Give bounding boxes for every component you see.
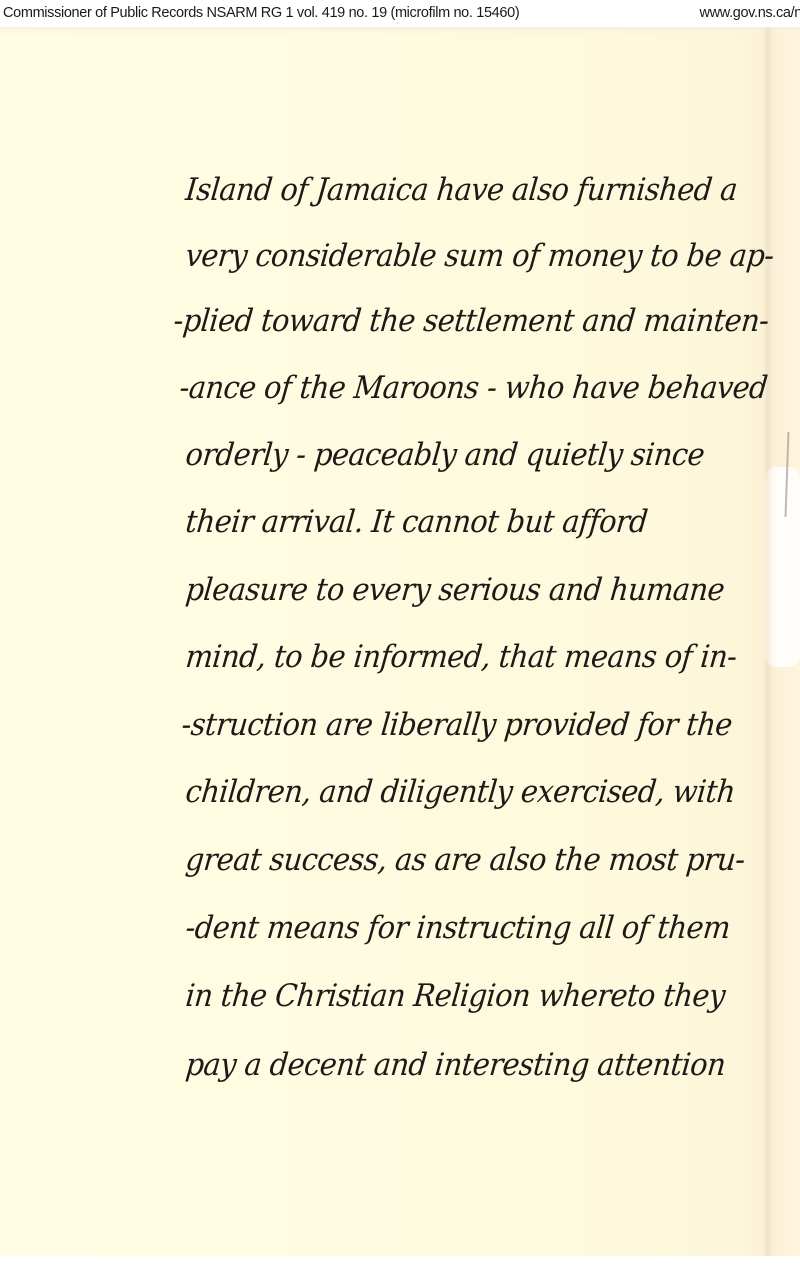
manuscript-line-1: Island of Jamaica have also furnished a [184, 172, 739, 208]
manuscript-line-8: mind, to be informed, that means of in- [184, 639, 738, 675]
manuscript-line-4: -ance of the Maroons - who have behaved [178, 370, 769, 406]
archive-url: www.gov.ns.ca/n [700, 5, 800, 21]
scan-bottom-margin [0, 1256, 800, 1286]
manuscript-line-11: great success, as are also the most pru- [184, 842, 746, 878]
manuscript-line-6: their arrival. It cannot but afford [184, 504, 649, 540]
manuscript-line-7: pleasure to every serious and humane [184, 572, 726, 608]
manuscript-line-2: very considerable sum of money to be ap- [184, 238, 775, 274]
manuscript-line-5: orderly - peaceably and quietly since [184, 437, 706, 473]
manuscript-line-13: in the Christian Religion whereto they [184, 978, 727, 1014]
archive-caption-bar: Commissioner of Public Records NSARM RG … [0, 0, 800, 26]
archive-source-citation: Commissioner of Public Records NSARM RG … [3, 5, 519, 21]
manuscript-line-9: -struction are liberally provided for th… [180, 707, 734, 743]
manuscript-line-14: pay a decent and interesting attention [184, 1047, 727, 1083]
manuscript-line-10: children, and diligently exercised, with [184, 774, 737, 810]
manuscript-line-12: -dent means for instructing all of them [184, 910, 732, 946]
manuscript-page: Island of Jamaica have also furnished a … [0, 27, 800, 1256]
manuscript-line-3: -plied toward the settlement and mainten… [172, 303, 770, 339]
page-edge-tear [765, 467, 800, 667]
